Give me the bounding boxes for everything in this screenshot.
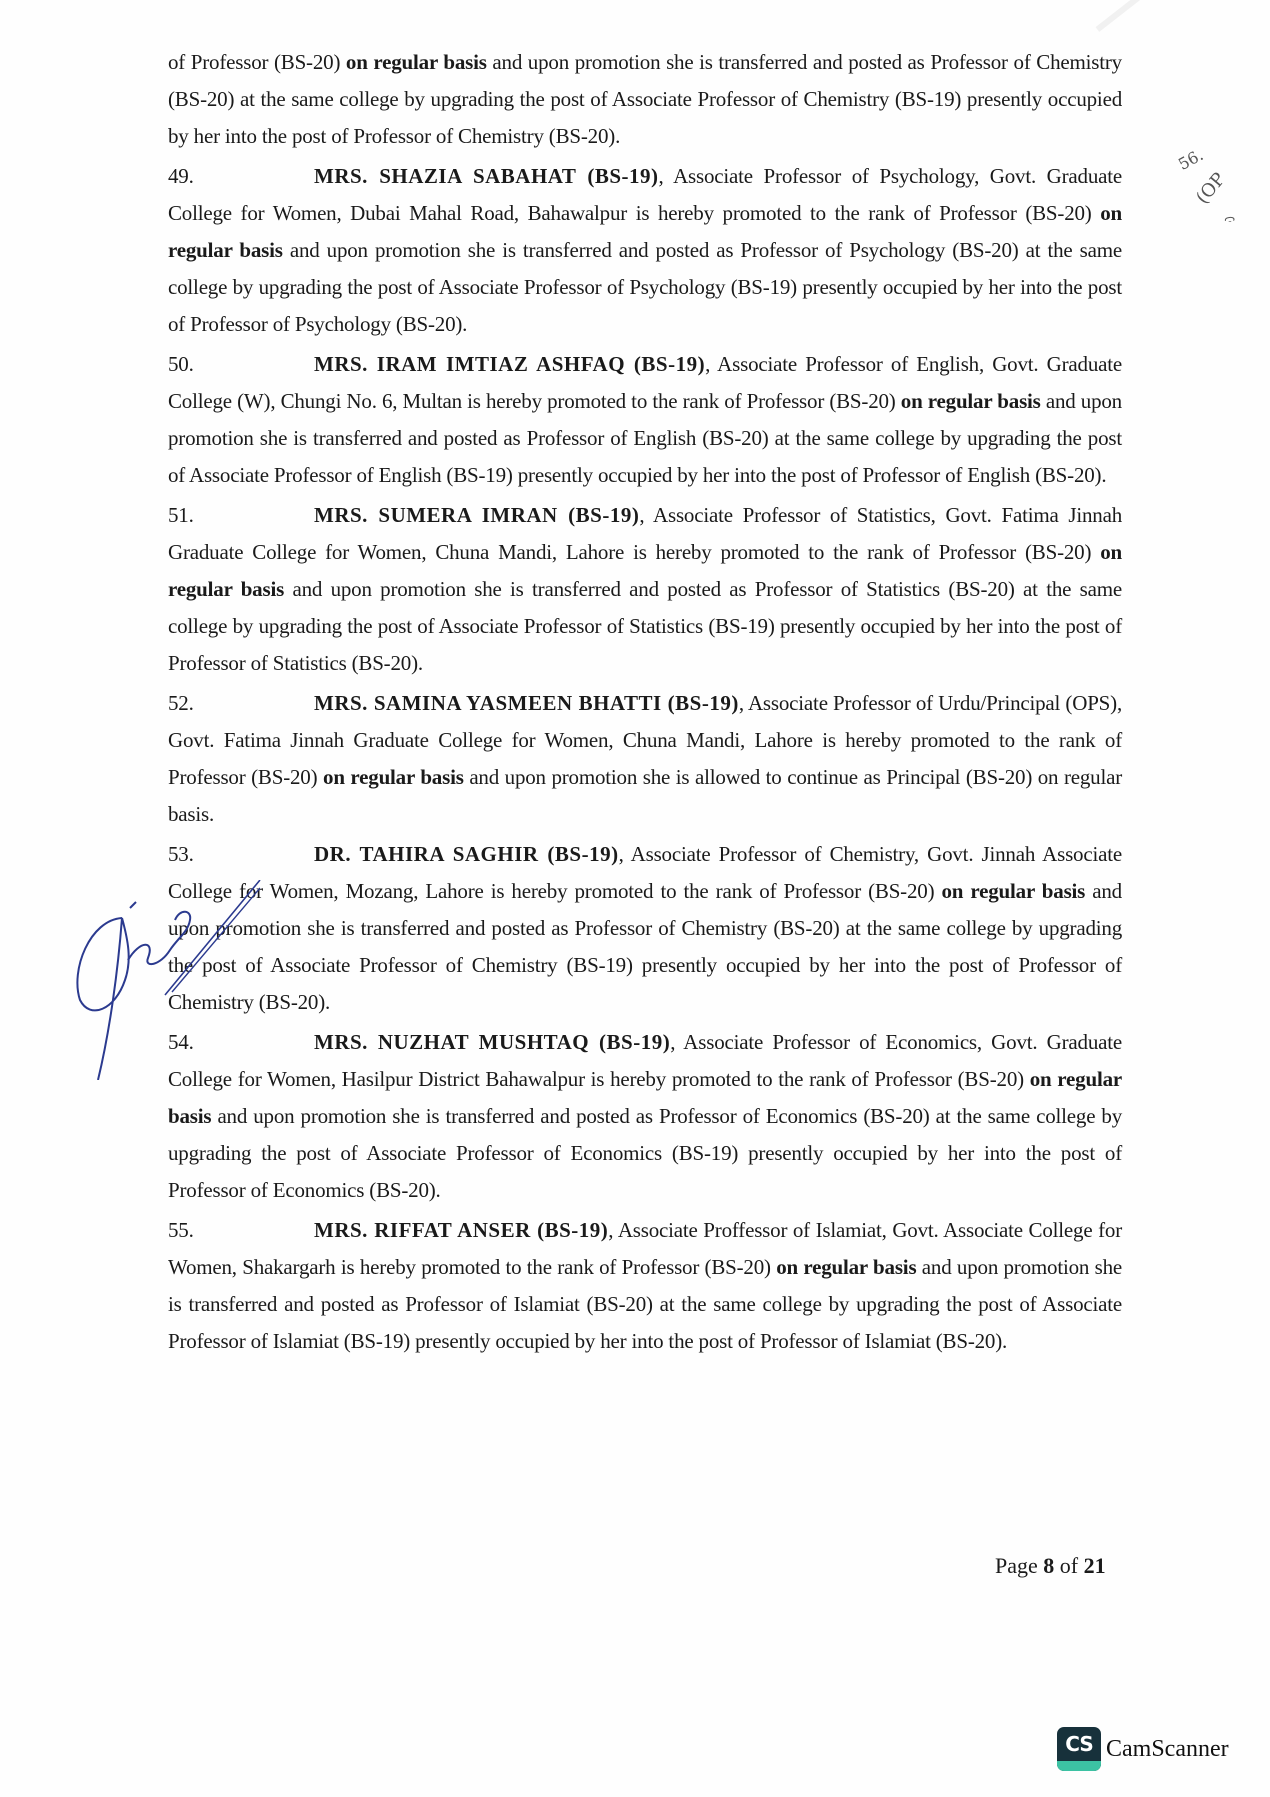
promotion-entry: 52.MRS. SAMINA YASMEEN BHATTI (BS-19), A… [168,685,1122,833]
entry-number: 51. [168,497,314,534]
entry-bold-text: on regular basis [901,389,1041,413]
margin-note-number: 56. [1175,145,1206,174]
page-number: Page 8 of 21 [995,1553,1106,1579]
promotion-entries-list: 49.MRS. SHAZIA SABAHAT (BS-19), Associat… [168,158,1122,1360]
scan-smudge [1096,0,1155,32]
entry-number: 50. [168,346,314,383]
camscanner-watermark: CS CamScanner [1057,1727,1229,1771]
page-current: 8 [1043,1553,1054,1578]
entry-number: 53. [168,836,314,873]
entry-text-after: and upon promotion she is transferred an… [168,238,1122,336]
continuation-text-before: of Professor (BS-20) [168,50,346,74]
entry-person-name: DR. TAHIRA SAGHIR (BS-19) [314,842,619,866]
promotion-entry: 51.MRS. SUMERA IMRAN (BS-19), Associate … [168,497,1122,682]
entry-bold-text: on regular basis [323,765,464,789]
scanned-document-page: of Professor (BS-20) on regular basis an… [0,0,1270,1797]
entry-text-after: and upon promotion she is transferred an… [168,1104,1122,1202]
camscanner-name: CamScanner [1106,1736,1229,1763]
camscanner-logo-icon: CS [1057,1727,1101,1771]
continuation-bold-text: on regular basis [346,50,487,74]
entry-bold-text: on regular basis [776,1255,916,1279]
promotion-entry: 53.DR. TAHIRA SAGHIR (BS-19), Associate … [168,836,1122,1021]
promotion-entry: 49.MRS. SHAZIA SABAHAT (BS-19), Associat… [168,158,1122,343]
page-middle: of [1054,1553,1083,1578]
entry-number: 52. [168,685,314,722]
entry-person-name: MRS. SAMINA YASMEEN BHATTI (BS-19) [314,691,739,715]
entry-number: 55. [168,1212,314,1249]
page-total: 21 [1084,1553,1106,1578]
entry-person-name: MRS. RIFFAT ANSER (BS-19) [314,1218,608,1242]
promotion-entry: 55.MRS. RIFFAT ANSER (BS-19), Associate … [168,1212,1122,1360]
margin-note-mark: ت [1224,214,1235,228]
entry-bold-text: on regular basis [941,879,1085,903]
camscanner-logo-bar [1057,1761,1101,1771]
document-body: of Professor (BS-20) on regular basis an… [168,44,1122,1363]
continuation-paragraph: of Professor (BS-20) on regular basis an… [168,44,1122,155]
entry-person-name: MRS. IRAM IMTIAZ ASHFAQ (BS-19) [314,352,705,376]
entry-number: 54. [168,1024,314,1061]
promotion-entry: 50.MRS. IRAM IMTIAZ ASHFAQ (BS-19), Asso… [168,346,1122,494]
entry-person-name: MRS. SUMERA IMRAN (BS-19) [314,503,639,527]
page-prefix: Page [995,1553,1043,1578]
camscanner-logo-text: CS [1065,1732,1092,1756]
entry-person-name: MRS. SHAZIA SABAHAT (BS-19) [314,164,659,188]
entry-text-after: and upon promotion she is transferred an… [168,577,1122,675]
margin-note-op: (OP [1192,169,1230,208]
entry-person-name: MRS. NUZHAT MUSHTAQ (BS-19) [314,1030,670,1054]
promotion-entry: 54.MRS. NUZHAT MUSHTAQ (BS-19), Associat… [168,1024,1122,1209]
entry-number: 49. [168,158,314,195]
